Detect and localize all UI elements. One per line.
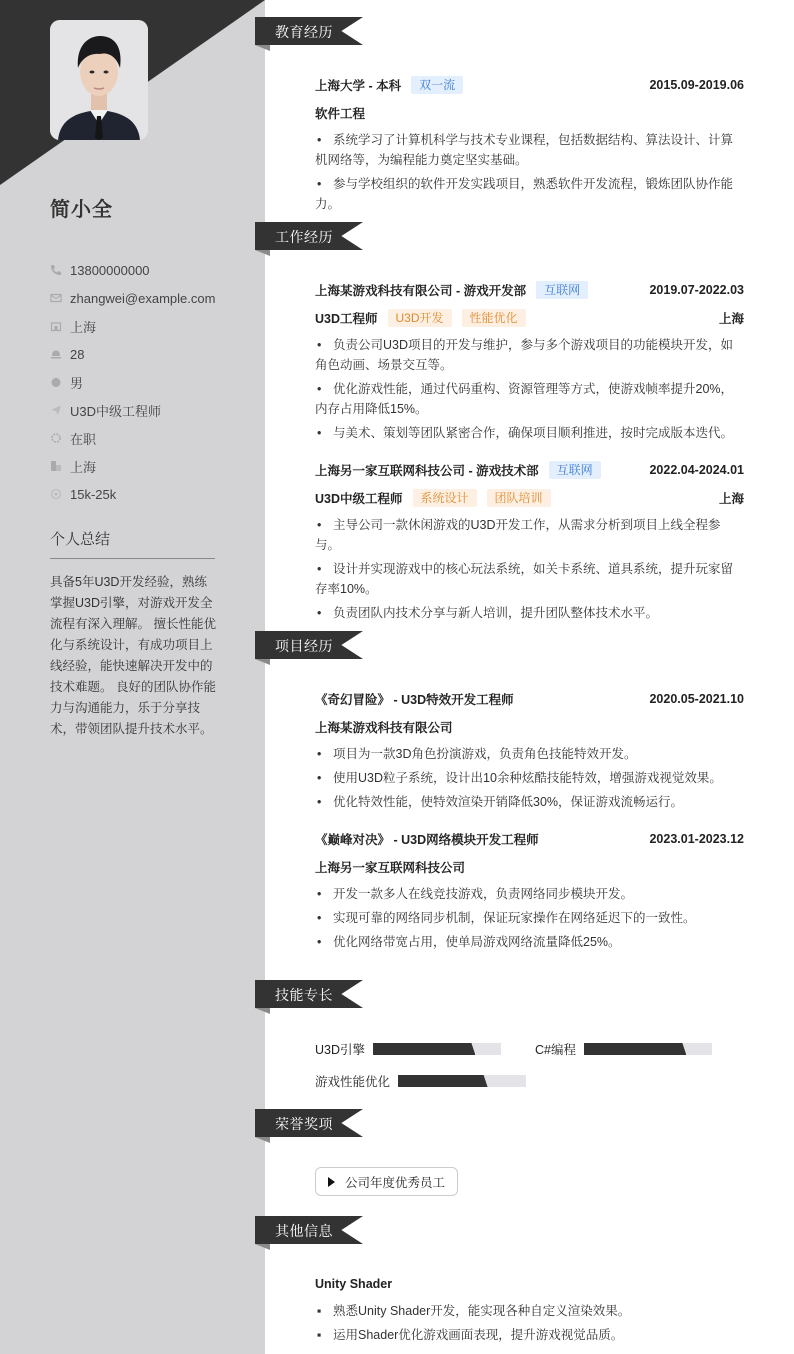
email-value: zhangwei@example.com [70, 291, 215, 306]
ribbon-fold [255, 659, 270, 665]
skill-bar-fill [398, 1075, 488, 1087]
ribbon-fold [255, 45, 270, 51]
list-item: •与美术、策划等团队紧密合作，确保项目顺利推进，按时完成版本迭代。 [315, 423, 744, 443]
project-company-1: 上海某游戏科技有限公司 [315, 718, 744, 736]
home-icon [50, 320, 62, 332]
work-header-1: 上海某游戏科技有限公司 - 游戏开发部互联网 2019.07-2022.03 [315, 281, 744, 299]
list-item: •设计并实现游戏中的核心玩法系统，如关卡系统、道具系统，提升玩家留存率10%。 [315, 559, 744, 599]
project-title: 《奇幻冒险》 - U3D特效开发工程师 [315, 690, 514, 708]
project-bullets-1: •项目为一款3D角色扮演游戏，负责角色技能特效开发。 •使用U3D粒子系统，设计… [315, 744, 744, 816]
section-header-education: 教育经历 [255, 17, 375, 57]
award-badge: 公司年度优秀员工 [315, 1167, 458, 1196]
location-value: 上海 [70, 317, 96, 336]
major-row: 软件工程 [315, 104, 744, 122]
skill-bar-fill [584, 1043, 686, 1055]
project-company: 上海某游戏科技有限公司 [315, 718, 453, 736]
section-header-other: 其他信息 [255, 1216, 375, 1256]
avatar-portrait-icon [50, 20, 148, 140]
skill-bar [584, 1043, 712, 1055]
award-name: 公司年度优秀员工 [345, 1173, 445, 1191]
industry-tag: 互联网 [549, 461, 601, 479]
list-item: •优化游戏性能，通过代码重构、资源管理等方式，使游戏帧率提升20%，内存占用降低… [315, 379, 744, 419]
project-title: 《巅峰对决》 - U3D网络模块开发工程师 [315, 830, 539, 848]
age-value: 28 [70, 347, 84, 362]
skill-item: U3D引擎 [315, 1040, 501, 1058]
skill-tag: 团队培训 [487, 489, 551, 507]
info-phone: 13800000000 [50, 256, 215, 284]
section-header-skills: 技能专长 [255, 980, 375, 1020]
other-bullets: ▪熟悉Unity Shader开发，能实现各种自定义渲染效果。 ▪运用Shade… [315, 1301, 744, 1349]
skill-tag: U3D开发 [388, 309, 452, 327]
employment-status-value: 在职 [70, 429, 96, 448]
list-item: •使用U3D粒子系统，设计出10余种炫酷技能特效，增强游戏视觉效果。 [315, 768, 744, 788]
skill-bar-fill [373, 1043, 475, 1055]
skill-item: C#编程 [535, 1040, 712, 1058]
info-age: 28 [50, 340, 215, 368]
section-title: 其他信息 [275, 1221, 333, 1241]
ribbon-fold [255, 1244, 270, 1250]
skill-bar [373, 1043, 501, 1055]
salary-value: 15k-25k [70, 487, 116, 502]
major-name: 软件工程 [315, 104, 365, 122]
phone-value: 13800000000 [70, 263, 150, 278]
section-title: 荣誉奖项 [275, 1114, 333, 1134]
job-icon [50, 404, 62, 416]
list-item: •负责团队内技术分享与新人培训，提升团队整体技术水平。 [315, 603, 744, 623]
list-item: •实现可靠的网络同步机制，保证玩家操作在网络延迟下的一致性。 [315, 908, 744, 928]
education-date: 2015.09-2019.06 [649, 78, 744, 92]
summary-text: 具备5年U3D开发经验，熟练掌握U3D引擎，对游戏开发全流程有深入理解。 擅长性… [50, 572, 218, 740]
company-name: 上海某游戏科技有限公司 - 游戏开发部 [315, 281, 526, 299]
school-name: 上海大学 - 本科 [315, 76, 401, 94]
section-title: 技能专长 [275, 985, 333, 1005]
work-bullets-2: •主导公司一款休闲游戏的U3D开发工作，从需求分析到项目上线全程参与。 •设计并… [315, 515, 744, 627]
play-triangle-icon [328, 1177, 335, 1187]
summary-title: 个人总结 [50, 528, 215, 559]
ribbon-fold [255, 1008, 270, 1014]
work-city: 上海 [719, 309, 744, 327]
list-item: •优化特效性能，使特效渲染开销降低30%，保证游戏流畅运行。 [315, 792, 744, 812]
work-date: 2022.04-2024.01 [649, 463, 744, 477]
list-item: •项目为一款3D角色扮演游戏，负责角色技能特效开发。 [315, 744, 744, 764]
section-header-awards: 荣誉奖项 [255, 1109, 375, 1149]
section-title: 教育经历 [275, 22, 333, 42]
project-header-1: 《奇幻冒险》 - U3D特效开发工程师 2020.05-2021.10 [315, 690, 744, 708]
list-item: ▪熟悉Unity Shader开发，能实现各种自定义渲染效果。 [315, 1301, 744, 1321]
project-date: 2023.01-2023.12 [649, 832, 744, 846]
list-item: •系统学习了计算机科学与技术专业课程，包括数据结构、算法设计、计算机网络等，为编… [315, 130, 744, 170]
ribbon-fold [255, 250, 270, 256]
skill-name: C#编程 [535, 1040, 576, 1058]
work-bullets-1: •负责公司U3D项目的开发与维护，参与多个游戏项目的功能模块开发，如角色动画、场… [315, 335, 744, 447]
age-icon [50, 348, 62, 360]
other-title: Unity Shader [315, 1277, 392, 1291]
education-bullets: •系统学习了计算机科学与技术专业课程，包括数据结构、算法设计、计算机网络等，为编… [315, 130, 744, 218]
info-email: zhangwei@example.com [50, 284, 215, 312]
other-title-row: Unity Shader [315, 1275, 744, 1293]
info-city: 上海 [50, 452, 215, 480]
list-item: ▪运用Shader优化游戏画面表现，提升游戏视觉品质。 [315, 1325, 744, 1345]
work-header-2: 上海另一家互联网科技公司 - 游戏技术部互联网 2022.04-2024.01 [315, 461, 744, 479]
work-date: 2019.07-2022.03 [649, 283, 744, 297]
info-home: 上海 [50, 312, 215, 340]
work-city: 上海 [719, 489, 744, 507]
info-salary: 15k-25k [50, 480, 215, 508]
list-item: •开发一款多人在线竞技游戏，负责网络同步模块开发。 [315, 884, 744, 904]
skill-name: U3D引擎 [315, 1040, 365, 1058]
skill-name: 游戏性能优化 [315, 1072, 390, 1090]
industry-tag: 互联网 [536, 281, 588, 299]
section-header-projects: 项目经历 [255, 631, 375, 671]
avatar [50, 20, 148, 140]
city-icon [50, 460, 62, 472]
phone-icon [50, 264, 62, 276]
project-bullets-2: •开发一款多人在线竞技游戏，负责网络同步模块开发。 •实现可靠的网络同步机制，保… [315, 884, 744, 956]
candidate-name: 简小全 [50, 193, 113, 222]
work-role-1: U3D工程师U3D开发性能优化 上海 [315, 309, 744, 327]
contact-info-list: 13800000000 zhangwei@example.com 上海 28 男… [50, 256, 215, 508]
status-icon [50, 432, 62, 444]
skill-tag: 系统设计 [413, 489, 477, 507]
email-icon [50, 292, 62, 304]
company-name: 上海另一家互联网科技公司 - 游戏技术部 [315, 461, 539, 479]
list-item: •参与学校组织的软件开发实践项目，熟悉软件开发流程，锻炼团队协作能力。 [315, 174, 744, 214]
info-job: U3D中级工程师 [50, 396, 215, 424]
project-header-2: 《巅峰对决》 - U3D网络模块开发工程师 2023.01-2023.12 [315, 830, 744, 848]
target-city-value: 上海 [70, 457, 96, 476]
section-header-work: 工作经历 [255, 222, 375, 262]
school-tag: 双一流 [411, 76, 463, 94]
skill-tag: 性能优化 [462, 309, 526, 327]
list-item: •主导公司一款休闲游戏的U3D开发工作，从需求分析到项目上线全程参与。 [315, 515, 744, 555]
list-item: •优化网络带宽占用，使单局游戏网络流量降低25%。 [315, 932, 744, 952]
skill-item: 游戏性能优化 [315, 1072, 526, 1090]
info-gender: 男 [50, 368, 215, 396]
salary-icon [50, 488, 62, 500]
list-item: •负责公司U3D项目的开发与维护，参与多个游戏项目的功能模块开发，如角色动画、场… [315, 335, 744, 375]
gender-value: 男 [70, 373, 83, 392]
section-title: 工作经历 [275, 227, 333, 247]
sidebar: 简小全 13800000000 zhangwei@example.com 上海 … [0, 0, 265, 1354]
job-title-value: U3D中级工程师 [70, 401, 161, 420]
gender-icon [50, 376, 62, 388]
project-company: 上海另一家互联网科技公司 [315, 858, 465, 876]
education-header: 上海大学 - 本科双一流 2015.09-2019.06 [315, 76, 744, 94]
role-name: U3D中级工程师 [315, 489, 403, 507]
project-date: 2020.05-2021.10 [649, 692, 744, 706]
work-role-2: U3D中级工程师系统设计团队培训 上海 [315, 489, 744, 507]
section-title: 项目经历 [275, 636, 333, 656]
role-name: U3D工程师 [315, 309, 378, 327]
info-status: 在职 [50, 424, 215, 452]
skill-bar [398, 1075, 526, 1087]
ribbon-fold [255, 1137, 270, 1143]
project-company-2: 上海另一家互联网科技公司 [315, 858, 744, 876]
